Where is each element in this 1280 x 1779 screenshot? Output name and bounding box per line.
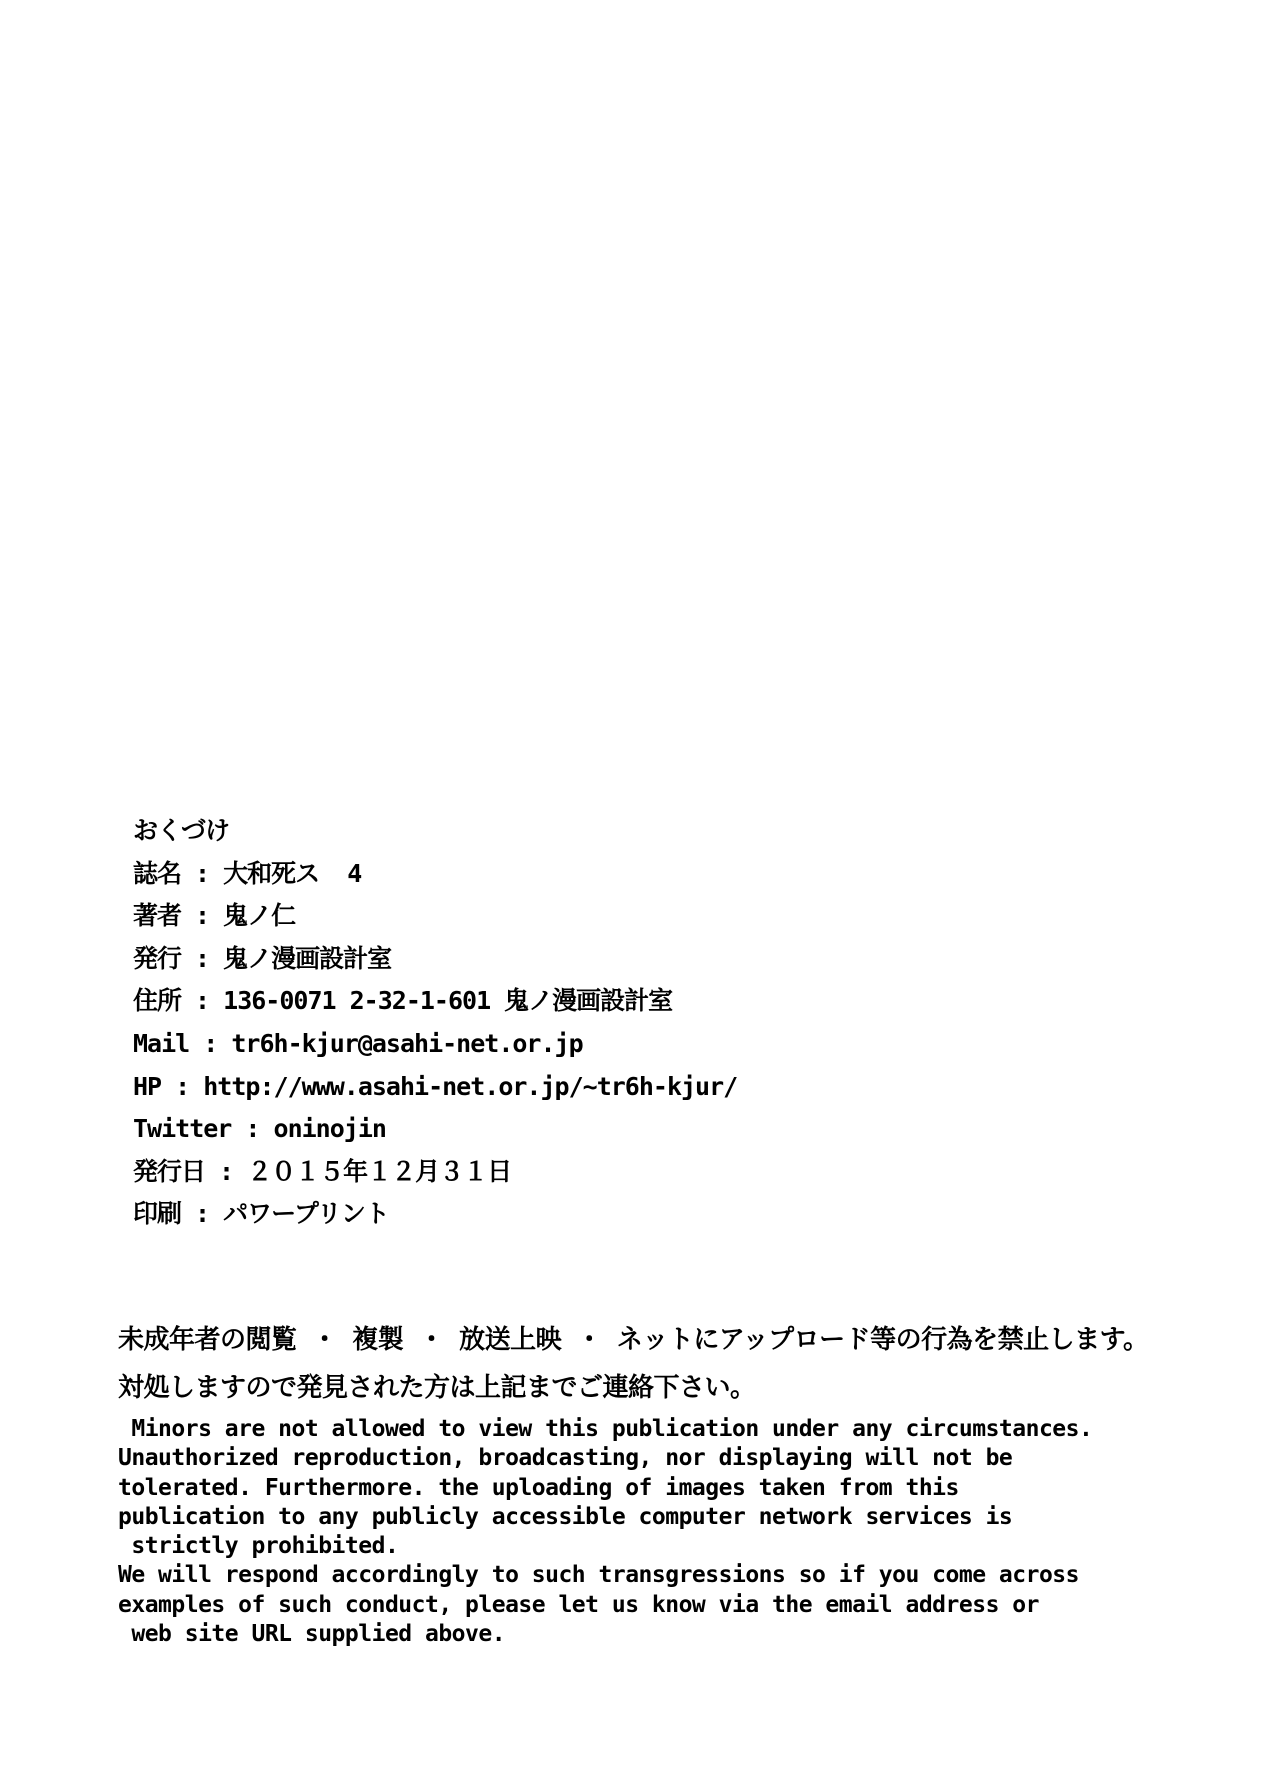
en-warning-line-3: tolerated. Furthermore. the uploading of… bbox=[118, 1474, 1092, 1503]
en-warning-line-7: examples of such conduct, please let us … bbox=[118, 1591, 1092, 1620]
colophon-block: おくづけ 誌名 : 大和死ス 4 著者 : 鬼ノ仁 発行 : 鬼ノ漫画設計室 住… bbox=[133, 810, 737, 1236]
japanese-warning-block: 未成年者の閲覧 ・ 複製 ・ 放送上映 ・ ネットにアップロード等の行為を禁止し… bbox=[118, 1316, 1149, 1412]
en-warning-line-6: We will respond accordingly to such tran… bbox=[118, 1561, 1092, 1590]
colophon-entry-mail: Mail : tr6h-kjur@asahi-net.or.jp bbox=[133, 1023, 737, 1066]
colophon-entry-twitter: Twitter : oninojin bbox=[133, 1108, 737, 1151]
jp-warning-line-1: 未成年者の閲覧 ・ 複製 ・ 放送上映 ・ ネットにアップロード等の行為を禁止し… bbox=[118, 1316, 1149, 1364]
scanned-colophon-page: おくづけ 誌名 : 大和死ス 4 著者 : 鬼ノ仁 発行 : 鬼ノ漫画設計室 住… bbox=[0, 0, 1280, 1779]
en-warning-line-2: Unauthorized reproduction, broadcasting,… bbox=[118, 1444, 1092, 1473]
colophon-entry-printer: 印刷 : パワープリント bbox=[133, 1193, 737, 1236]
en-warning-line-4: publication to any publicly accessible c… bbox=[118, 1503, 1092, 1532]
en-warning-line-5: strictly prohibited. bbox=[118, 1532, 1092, 1561]
colophon-heading: おくづけ bbox=[133, 810, 737, 853]
en-warning-line-8: web site URL supplied above. bbox=[118, 1620, 1092, 1649]
colophon-entry-issue-date: 発行日 : ２０１５年１２月３１日 bbox=[133, 1151, 737, 1194]
english-warning-block: Minors are not allowed to view this publ… bbox=[118, 1415, 1092, 1649]
jp-warning-line-2: 対処しますので発見された方は上記までご連絡下さい。 bbox=[118, 1364, 1149, 1412]
colophon-entry-homepage: HP : http://www.asahi-net.or.jp/~tr6h-kj… bbox=[133, 1066, 737, 1109]
en-warning-line-1: Minors are not allowed to view this publ… bbox=[118, 1415, 1092, 1444]
colophon-entry-title: 誌名 : 大和死ス 4 bbox=[133, 853, 737, 896]
colophon-entry-address: 住所 : 136-0071 2-32-1-601 鬼ノ漫画設計室 bbox=[133, 980, 737, 1023]
colophon-entry-author: 著者 : 鬼ノ仁 bbox=[133, 895, 737, 938]
colophon-entry-publisher: 発行 : 鬼ノ漫画設計室 bbox=[133, 938, 737, 981]
